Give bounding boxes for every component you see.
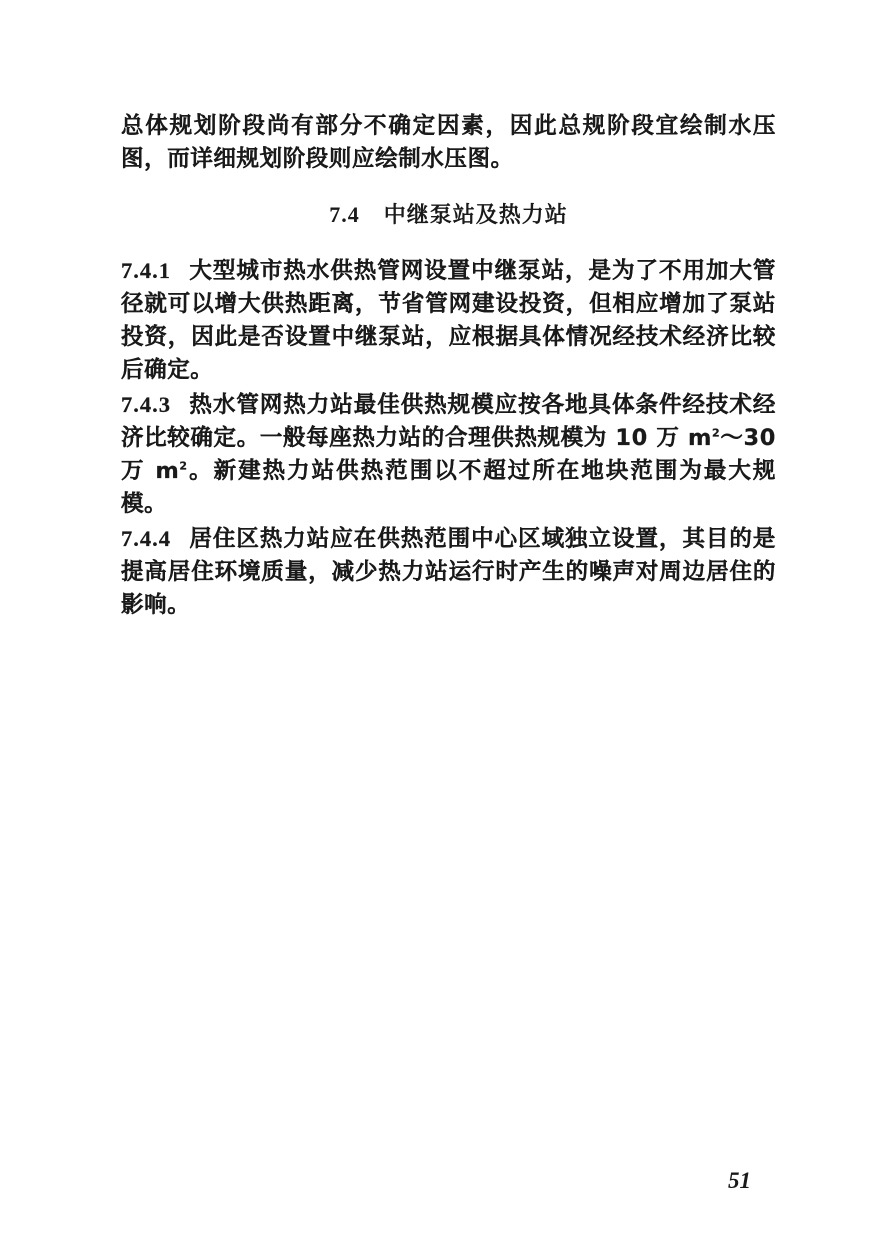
clause-text: 大型城市热水供热管网设置中继泵站，是为了不用加大管径就可以增大供热距离，节省管网… [121,258,776,383]
clause-text-part1: 热水管网热力站最佳供热规模应按各地具体条件经技术经济比较确定。一般每座热力站的合… [121,392,776,451]
page-number: 51 [728,1168,751,1194]
intro-text: 总体规划阶段尚有部分不确定因素，因此总规阶段宜绘制水压图，而详细规划阶段则应绘制… [121,113,776,172]
clause-7-4-1: 7.4.1大型城市热水供热管网设置中继泵站，是为了不用加大管径就可以增大供热距离… [121,254,776,387]
clause-number: 7.4.4 [121,526,171,551]
clause-7-4-4: 7.4.4居住区热力站应在供热范围中心区域独立设置，其目的是提高居住环境质量，减… [121,522,776,622]
section-number: 7.4 [329,202,360,227]
clause-text-part3: 。新建热力站供热范围以不超过所在地块范围为最大规模。 [121,458,776,517]
section-heading: 7.4中继泵站及热力站 [121,198,776,232]
superscript-2: 2 [179,460,187,473]
clause-number: 7.4.3 [121,392,171,417]
clause-number: 7.4.1 [121,258,171,283]
document-page: 总体规划阶段尚有部分不确定因素，因此总规阶段宜绘制水压图，而详细规划阶段则应绘制… [121,110,776,623]
clause-7-4-3: 7.4.3热水管网热力站最佳供热规模应按各地具体条件经技术经济比较确定。一般每座… [121,388,776,521]
intro-paragraph: 总体规划阶段尚有部分不确定因素，因此总规阶段宜绘制水压图，而详细规划阶段则应绘制… [121,110,776,176]
section-title: 中继泵站及热力站 [384,203,568,228]
clause-text: 居住区热力站应在供热范围中心区域独立设置，其目的是提高居住环境质量，减少热力站运… [121,526,776,618]
